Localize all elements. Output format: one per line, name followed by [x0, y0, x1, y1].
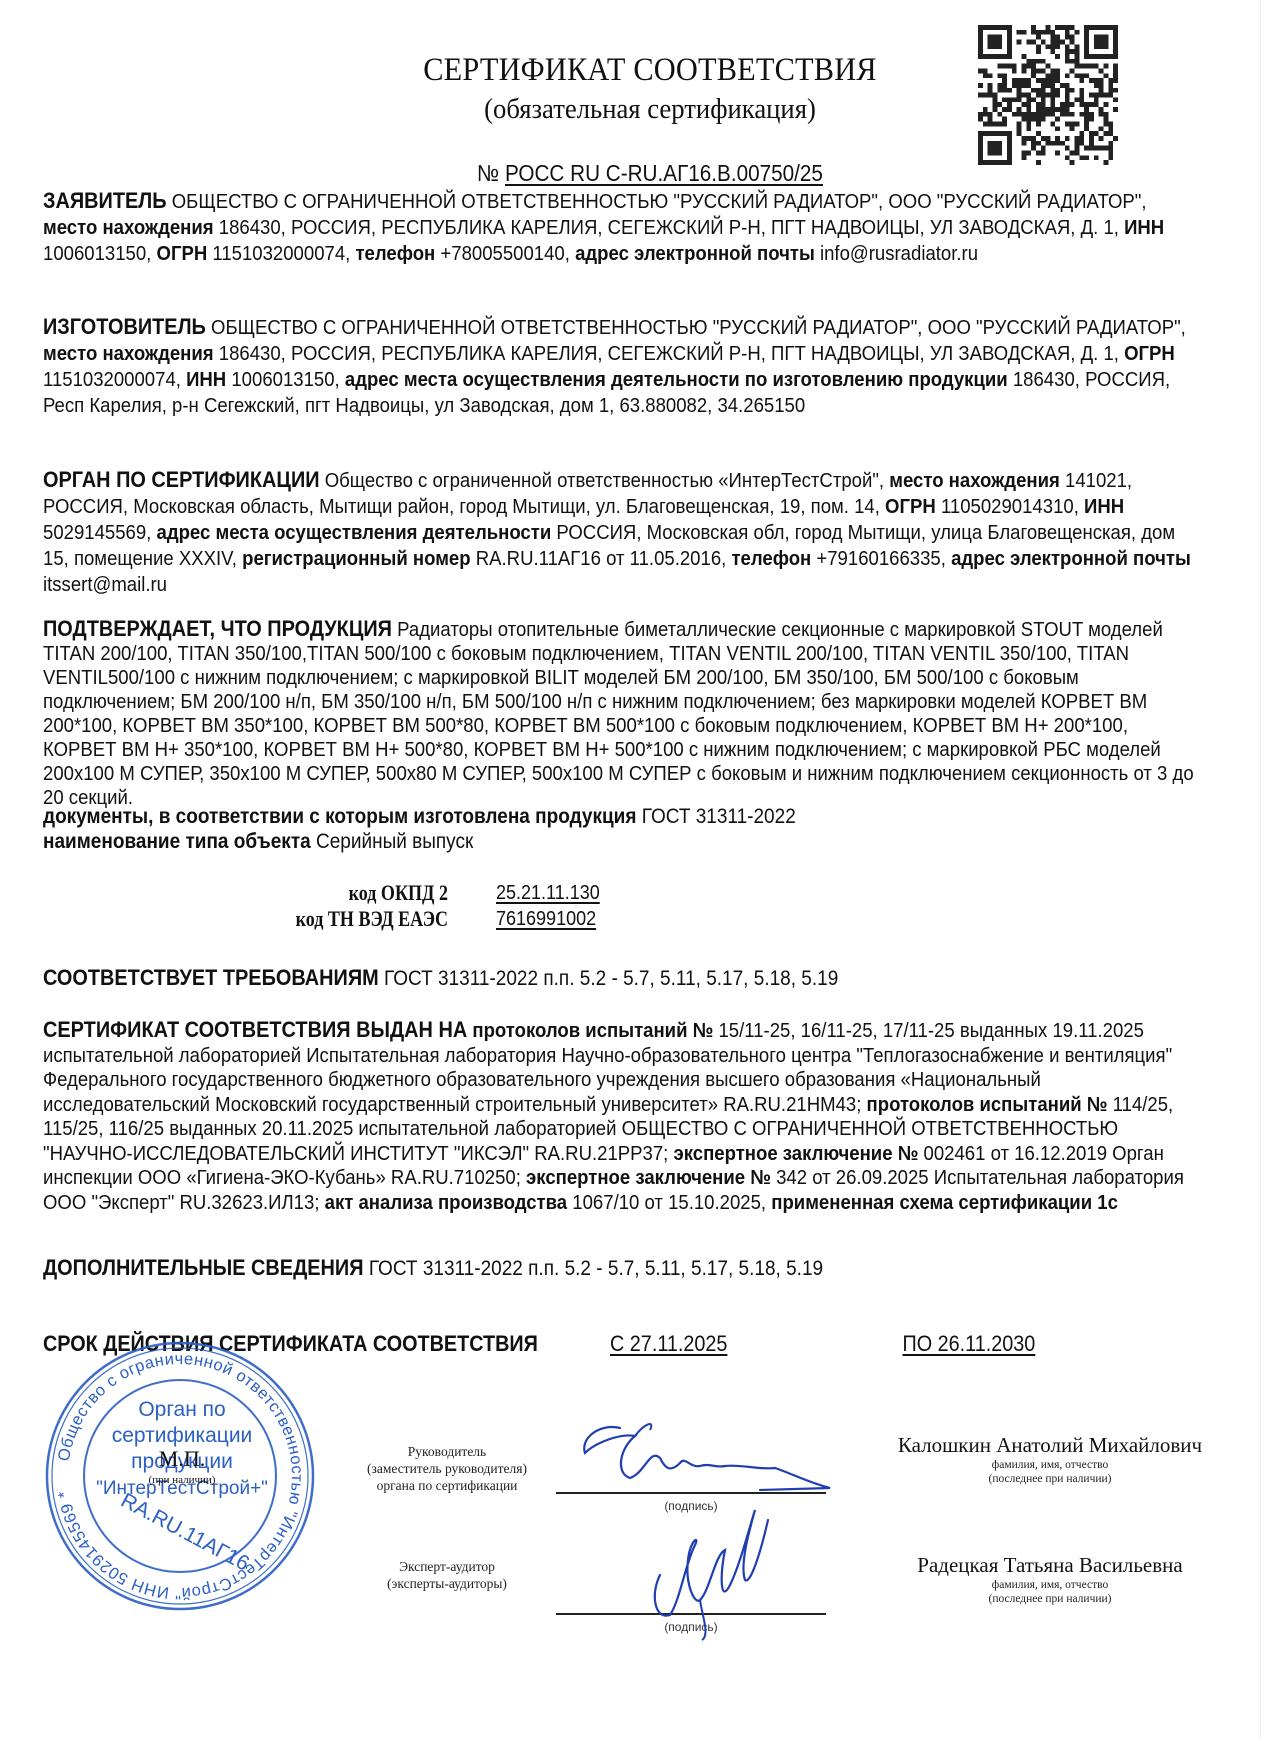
production-address-label: адрес места осуществления деятельности п… [345, 368, 1008, 391]
valid-to: ПО 26.11.2030 [903, 1331, 1036, 1357]
expert-role-label: Эксперт-аудитор (эксперты-аудиторы) [347, 1558, 547, 1592]
product-codes: код ОКПД 2 25.21.11.130 код ТН ВЭД ЕАЭС … [200, 880, 611, 932]
documents-line: документы, в соответствии с которым изго… [43, 804, 1206, 830]
certification-body-location-label: место нахождения [889, 469, 1060, 492]
applicant-phone: +78005500140, [440, 242, 569, 265]
expert-role-line-2: (эксперты-аудиторы) [347, 1575, 547, 1592]
manufacturer-location: 186430, РОССИЯ, РЕСПУБЛИКА КАРЕЛИЯ, СЕГЕ… [219, 342, 1119, 365]
head-name-note-2: (последнее при наличии) [840, 1472, 1260, 1486]
head-person: Калошкин Анатолий Михайлович фамилия, им… [840, 1433, 1260, 1486]
head-full-name: Калошкин Анатолий Михайлович [840, 1433, 1260, 1458]
product-section: ПОДТВЕРЖДАЕТ, ЧТО ПРОДУКЦИЯ Радиаторы от… [43, 617, 1206, 810]
head-role-line-3: органа по сертификации [347, 1477, 547, 1494]
issued-label: СЕРТИФИКАТ СООТВЕТСТВИЯ ВЫДАН НА [43, 1017, 467, 1042]
object-type-value: Серийный выпуск [316, 830, 473, 853]
applicant-inn-label: ИНН [1124, 216, 1164, 239]
applicant-ogrn-label: ОГРН [157, 242, 208, 265]
applicant-email-label: адрес электронной почты [575, 242, 815, 265]
complies-value: ГОСТ 31311-2022 п.п. 5.2 - 5.7, 5.11, 5.… [384, 967, 838, 990]
expert-role-line-1: Эксперт-аудитор [347, 1558, 547, 1575]
applicant-label: ЗАЯВИТЕЛЬ [43, 188, 167, 213]
expert-conclusion-1-label: экспертное заключение № [673, 1142, 918, 1165]
protocols-2-label: протоколов испытаний № [867, 1093, 1108, 1116]
certification-body-ogrn: 1105029014310, [941, 495, 1079, 518]
activity-address-label: адрес места осуществления деятельности [157, 521, 552, 544]
certification-body-stamp: Общество с ограниченной ответственностью… [42, 1338, 318, 1614]
certification-scheme: примененная схема сертификации 1с [771, 1191, 1118, 1214]
applicant-phone-label: телефон [355, 242, 435, 265]
product-description: Радиаторы отопительные биметаллические с… [43, 618, 1194, 809]
manufacturer-label: ИЗГОТОВИТЕЛЬ [43, 314, 206, 339]
object-type-line: наименование типа объекта Серийный выпус… [43, 829, 1206, 855]
certification-body-name: Общество с ограниченной ответственностью… [325, 469, 884, 492]
manufacturer-ogrn: 1151032000074, [43, 368, 181, 391]
okpd-code-label: код ОКПД 2 [245, 880, 448, 906]
certificate-number-value: РОСС RU C-RU.АГ16.В.00750/25 [505, 160, 823, 186]
documents-label: документы, в соответствии с которым изго… [43, 805, 636, 828]
certificate-number: № РОСС RU C-RU.АГ16.В.00750/25 [65, 160, 1235, 187]
expert-name-note-2: (последнее при наличии) [840, 1592, 1260, 1606]
expert-conclusion-2-label: экспертное заключение № [526, 1166, 771, 1189]
manufacturer-location-label: место нахождения [43, 342, 214, 365]
certification-body-email[interactable]: itssert@mail.ru [43, 573, 167, 596]
manufacturer-inn-label: ИНН [186, 368, 226, 391]
applicant-location: 186430, РОССИЯ, РЕСПУБЛИКА КАРЕЛИЯ, СЕГЕ… [219, 216, 1119, 239]
additional-info-value: ГОСТ 31311-2022 п.п. 5.2 - 5.7, 5.11, 5.… [369, 1257, 823, 1280]
qr-code-icon[interactable] [978, 25, 1118, 165]
manufacturer-name: ОБЩЕСТВО С ОГРАНИЧЕННОЙ ОТВЕТСТВЕННОСТЬЮ… [211, 316, 1186, 339]
certification-body-phone-label: телефон [731, 547, 811, 570]
tnved-code-value: 7616991002 [496, 906, 596, 932]
svg-text:Орган по: Орган по [138, 1398, 225, 1421]
okpd-code-row: код ОКПД 2 25.21.11.130 [200, 880, 611, 906]
certificate-page: СЕРТИФИКАТ СООТВЕТСТВИЯ (обязательная се… [0, 0, 1261, 1740]
applicant-email[interactable]: info@rusradiator.ru [820, 242, 978, 265]
certification-body-inn: 5029145569, [43, 521, 151, 544]
number-sign: № [477, 160, 499, 186]
certification-body-inn-label: ИНН [1084, 495, 1124, 518]
expert-full-name: Радецкая Татьяна Васильевна [840, 1553, 1260, 1578]
protocols-1-label: протоколов испытаний № [472, 1019, 713, 1042]
object-type-label: наименование типа объекта [43, 830, 311, 853]
applicant-section: ЗАЯВИТЕЛЬ ОБЩЕСТВО С ОГРАНИЧЕННОЙ ОТВЕТС… [43, 188, 1206, 267]
production-analysis-label: акт анализа производства [325, 1191, 567, 1214]
production-analysis: 1067/10 от 15.10.2025, [572, 1191, 766, 1214]
head-role-line-2: (заместитель руководителя) [347, 1460, 547, 1477]
tnved-code-label: код ТН ВЭД ЕАЭС [245, 906, 448, 932]
issued-on-section: СЕРТИФИКАТ СООТВЕТСТВИЯ ВЫДАН НА протоко… [43, 1018, 1206, 1215]
reg-number-label: регистрационный номер [242, 547, 470, 570]
expert-name-note-1: фамилия, имя, отчество [840, 1578, 1260, 1592]
okpd-code-value: 25.21.11.130 [496, 880, 600, 906]
certification-body-email-label: адрес электронной почты [951, 547, 1191, 570]
manufacturer-ogrn-label: ОГРН [1124, 342, 1175, 365]
applicant-inn: 1006013150, [43, 242, 151, 265]
complies-section: СООТВЕТСТВУЕТ ТРЕБОВАНИЯМ ГОСТ 31311-202… [43, 965, 1206, 992]
valid-from: С 27.11.2025 [610, 1331, 727, 1357]
additional-info-section: ДОПОЛНИТЕЛЬНЫЕ СВЕДЕНИЯ ГОСТ 31311-2022 … [43, 1255, 1206, 1282]
additional-info-label: ДОПОЛНИТЕЛЬНЫЕ СВЕДЕНИЯ [43, 1255, 364, 1280]
head-role-label: Руководитель (заместитель руководителя) … [347, 1443, 547, 1494]
reg-number: RA.RU.11АГ16 от 11.05.2016, [476, 547, 727, 570]
svg-text:М.П.: М.П. [159, 1446, 205, 1471]
certification-body-phone: +79160166335, [816, 547, 945, 570]
manufacturer-inn: 1006013150, [231, 368, 339, 391]
applicant-ogrn: 1151032000074, [212, 242, 350, 265]
tnved-code-row: код ТН ВЭД ЕАЭС 7616991002 [200, 906, 611, 932]
expert-signature-icon [640, 1505, 790, 1645]
manufacturer-section: ИЗГОТОВИТЕЛЬ ОБЩЕСТВО С ОГРАНИЧЕННОЙ ОТВ… [43, 314, 1206, 419]
head-name-note-1: фамилия, имя, отчество [840, 1458, 1260, 1472]
svg-text:(при наличии): (при наличии) [149, 1474, 216, 1486]
head-role-line-1: Руководитель [347, 1443, 547, 1460]
certification-body-label: ОРГАН ПО СЕРТИФИКАЦИИ [43, 467, 320, 492]
certification-body-ogrn-label: ОГРН [885, 495, 936, 518]
applicant-location-label: место нахождения [43, 216, 214, 239]
applicant-name: ОБЩЕСТВО С ОГРАНИЧЕННОЙ ОТВЕТСТВЕННОСТЬЮ… [172, 190, 1147, 213]
complies-label: СООТВЕТСТВУЕТ ТРЕБОВАНИЯМ [43, 965, 379, 990]
product-label: ПОДТВЕРЖДАЕТ, ЧТО ПРОДУКЦИЯ [43, 616, 392, 641]
documents-value: ГОСТ 31311-2022 [642, 805, 796, 828]
head-signature-icon [560, 1418, 840, 1498]
certification-body-section: ОРГАН ПО СЕРТИФИКАЦИИ Общество с огранич… [43, 467, 1206, 598]
expert-person: Радецкая Татьяна Васильевна фамилия, имя… [840, 1553, 1260, 1606]
svg-text:сертификации: сертификации [112, 1424, 253, 1447]
